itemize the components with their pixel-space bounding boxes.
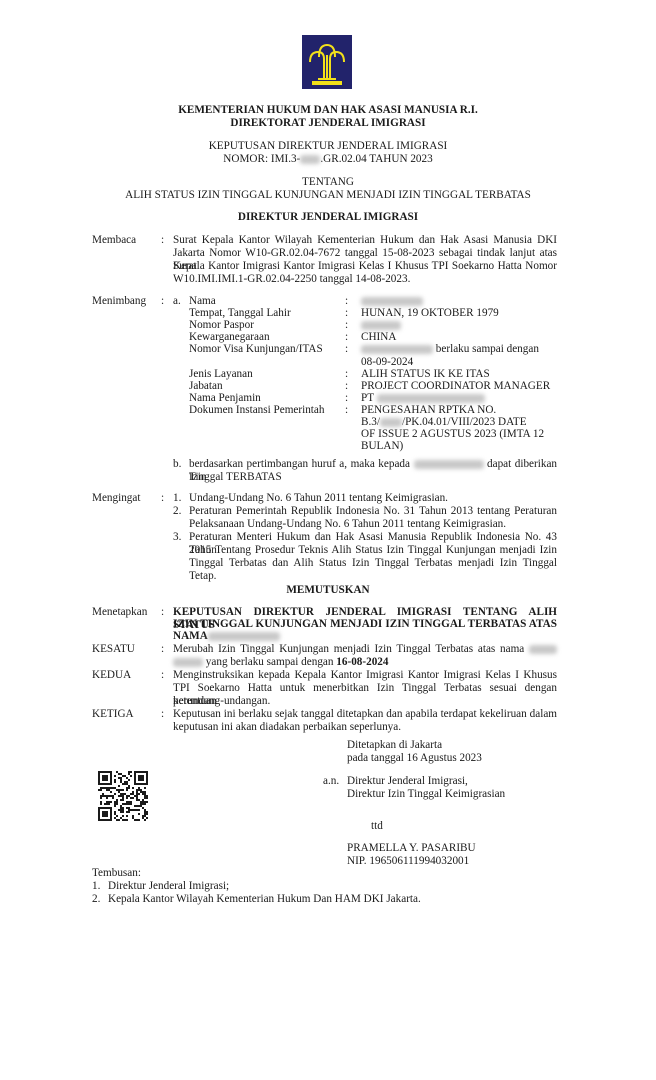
ministry-tree-emblem-icon: [302, 35, 352, 89]
redacted-visa: [361, 345, 433, 354]
redacted-name: [414, 460, 484, 469]
tembusan-label: Tembusan:: [92, 867, 141, 880]
decree-number-prefix: NOMOR: IMI.3-: [223, 153, 300, 165]
an-prefix: a.n.: [323, 775, 339, 788]
issuer-title: DIREKTUR JENDERAL IMIGRASI: [0, 211, 656, 224]
decree-number-suffix: .GR.02.04 TAHUN 2023: [320, 153, 432, 165]
menimbang-label: Menimbang: [92, 295, 146, 308]
redacted-name: [173, 658, 203, 667]
signature-date: pada tanggal 16 Agustus 2023: [347, 752, 482, 765]
decree-title: KEPUTUSAN DIREKTUR JENDERAL IMIGRASI: [0, 140, 656, 153]
redacted-name: [208, 632, 280, 641]
ministry-name: KEMENTERIAN HUKUM DAN HAK ASASI MANUSIA …: [0, 104, 656, 117]
decree-number: NOMOR: IMI.3-.GR.02.04 TAHUN 2023: [0, 153, 656, 166]
validity-date: 16-08-2024: [336, 656, 388, 668]
redacted-rptka: [380, 418, 402, 427]
redacted-name: [361, 297, 423, 306]
redacted-name: [529, 645, 557, 654]
tembusan-num-1: 1.: [92, 880, 100, 893]
memutuskan-heading: MEMUTUSKAN: [0, 584, 656, 597]
tembusan-item-2: Kepala Kantor Wilayah Kementerian Hukum …: [108, 893, 421, 906]
ministry-logo: [302, 35, 352, 89]
directorate-name: DIREKTORAT JENDERAL IMIGRASI: [0, 117, 656, 130]
signer-nip: NIP. 196506111994032001: [347, 855, 469, 868]
tembusan-item-1: Direktur Jenderal Imigrasi;: [108, 880, 229, 893]
mengingat-label: Mengingat: [92, 492, 140, 505]
redacted-passport: [361, 321, 401, 330]
about-subject: ALIH STATUS IZIN TINGGAL KUNJUNGAN MENJA…: [0, 189, 656, 202]
on-behalf-of: Direktur Jenderal Imigrasi,: [347, 775, 468, 788]
membaca-label: Membaca: [92, 234, 136, 247]
signature-place: Ditetapkan di Jakarta: [347, 739, 442, 752]
redacted-number: [300, 155, 320, 164]
signer-position: Direktur Izin Tinggal Keimigrasian: [347, 788, 505, 801]
signer-name: PRAMELLA Y. PASARIBU: [347, 842, 476, 855]
about-label: TENTANG: [0, 176, 656, 189]
qr-code-icon[interactable]: [98, 771, 148, 821]
redacted-sponsor: [377, 394, 485, 403]
tembusan-num-2: 2.: [92, 893, 100, 906]
ttd-mark: ttd: [371, 820, 383, 833]
